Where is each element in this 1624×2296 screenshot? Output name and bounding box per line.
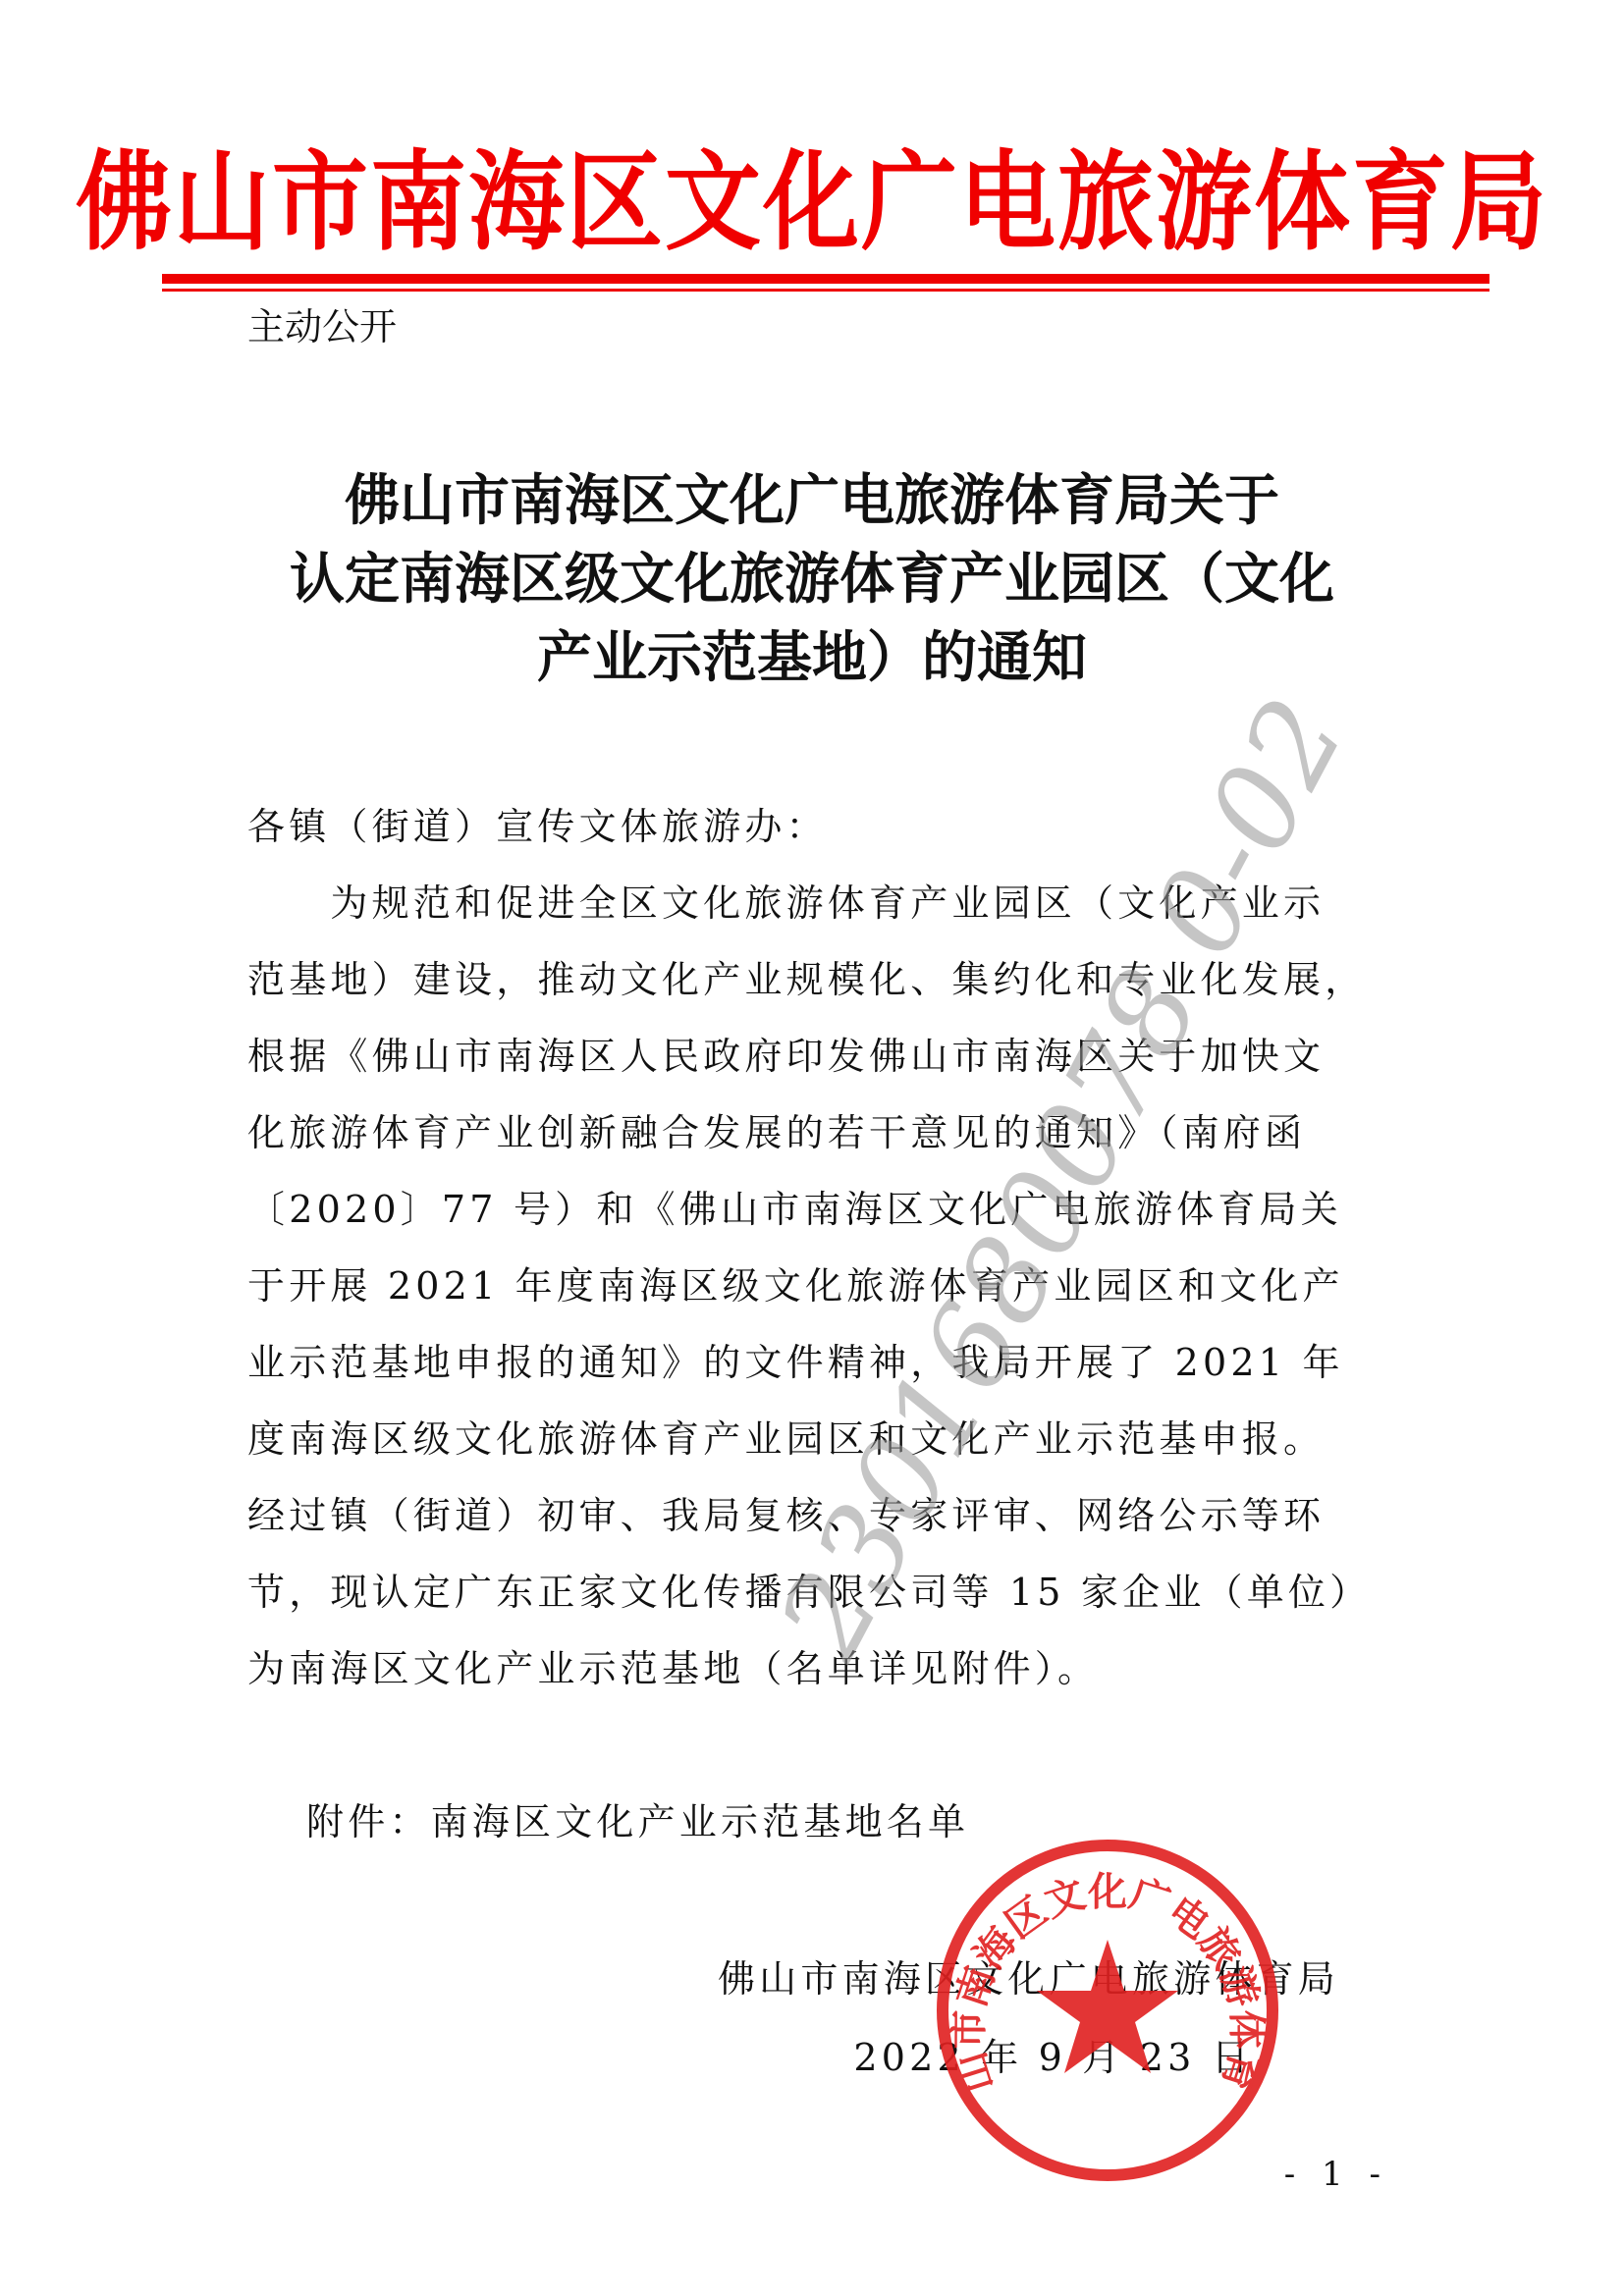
body-line: 度南海区级文化旅游体育产业园区和文化产业示范基申报。	[247, 1401, 1386, 1477]
body-line: 〔2020〕77 号）和《佛山市南海区文化广电旅游体育局关	[247, 1171, 1386, 1248]
attachment-note: 附件：南海区文化产业示范基地名单	[306, 1792, 969, 1851]
body-line: 化旅游体育产业创新融合发展的若干意见的通知》（南府函	[247, 1095, 1386, 1171]
official-seal: 佛山市南海区文化广电旅游体育局	[931, 1834, 1284, 2187]
document-title: 佛山市南海区文化广电旅游体育局关于 认定南海区级文化旅游体育产业园区（文化 产业…	[196, 461, 1428, 697]
body-line: 业示范基地申报的通知》的文件精神，我局开展了 2021 年	[247, 1324, 1386, 1401]
page-number: - 1 -	[1284, 2150, 1388, 2199]
letterhead-red-rule-thin	[162, 289, 1489, 292]
disclosure-label: 主动公开	[247, 299, 397, 354]
letterhead-org-name: 佛山市南海区文化广电旅游体育局	[0, 137, 1624, 269]
letterhead-red-rule-thick	[162, 274, 1489, 284]
title-line: 认定南海区级文化旅游体育产业园区（文化	[196, 540, 1428, 618]
body-line: 于开展 2021 年度南海区级文化旅游体育产业园区和文化产	[247, 1248, 1386, 1324]
title-line: 产业示范基地）的通知	[196, 618, 1428, 697]
star-icon	[1037, 1940, 1178, 2073]
title-line: 佛山市南海区文化广电旅游体育局关于	[196, 461, 1428, 540]
